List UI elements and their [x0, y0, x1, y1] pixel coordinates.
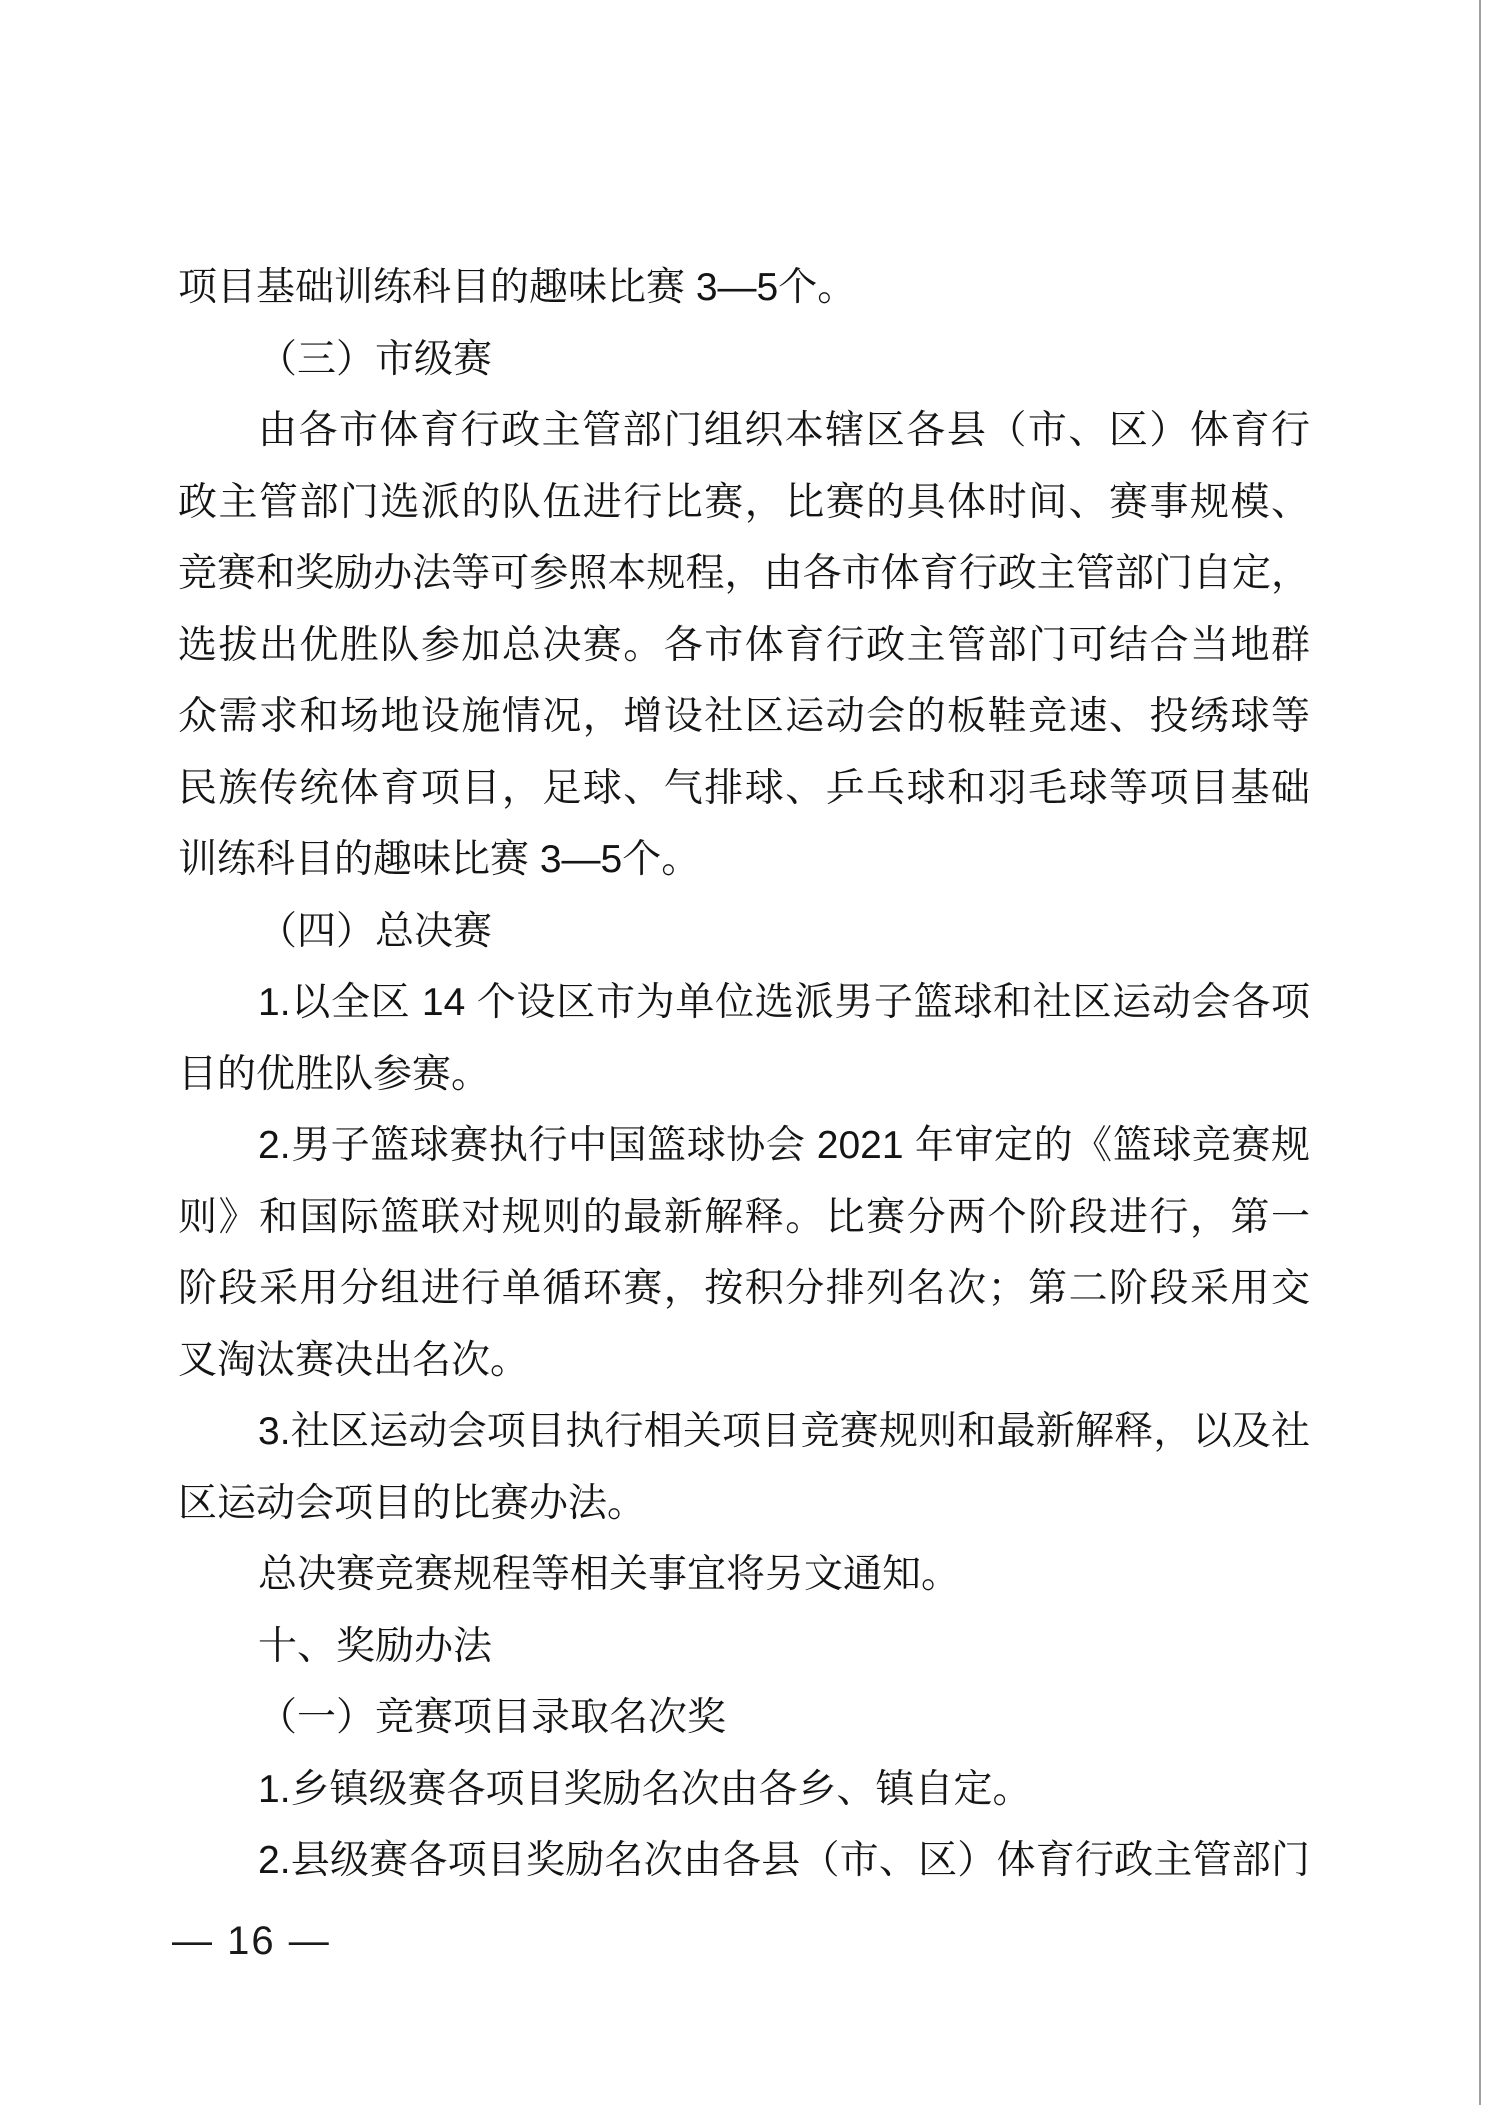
text-line: 则》和国际篮联对规则的最新解释。比赛分两个阶段进行，第一	[178, 1182, 1310, 1254]
subsection-heading: （一）竞赛项目录取名次奖	[178, 1682, 1310, 1754]
text-line: 训练科目的趣味比赛 3—5个。	[178, 824, 1310, 896]
text-line: （三）市级赛	[178, 324, 1310, 396]
text-line: （四）总决赛	[178, 896, 1310, 968]
text-line: 民族传统体育项目，足球、气排球、乒乓球和羽毛球等项目基础	[178, 753, 1310, 825]
page-number: — 16 —	[172, 1912, 331, 1970]
scan-edge-line	[1479, 0, 1481, 2105]
section-heading: 十、奖励办法	[178, 1611, 1310, 1683]
text-line: 政主管部门选派的队伍进行比赛，比赛的具体时间、赛事规模、	[178, 467, 1310, 539]
text-line: 叉淘汰赛决出名次。	[178, 1325, 1310, 1397]
text-line: 2.男子篮球赛执行中国篮球协会 2021 年审定的《篮球竞赛规	[178, 1110, 1310, 1182]
text-line: 选拔出优胜队参加总决赛。各市体育行政主管部门可结合当地群	[178, 610, 1310, 682]
text-line: 1.乡镇级赛各项目奖励名次由各乡、镇自定。	[178, 1754, 1310, 1826]
text-line: 阶段采用分组进行单循环赛，按积分排列名次；第二阶段采用交	[178, 1253, 1310, 1325]
text-line: 目的优胜队参赛。	[178, 1039, 1310, 1111]
page-body: 项目基础训练科目的趣味比赛 3—5个。 （三）市级赛 由各市体育行政主管部门组织…	[178, 252, 1310, 1897]
document-page: 项目基础训练科目的趣味比赛 3—5个。 （三）市级赛 由各市体育行政主管部门组织…	[0, 0, 1488, 2105]
text-line: 众需求和场地设施情况，增设社区运动会的板鞋竞速、投绣球等	[178, 681, 1310, 753]
text-line: 竞赛和奖励办法等可参照本规程，由各市体育行政主管部门自定，	[178, 538, 1310, 610]
text-line: 项目基础训练科目的趣味比赛 3—5个。	[178, 252, 1310, 324]
text-line: 3.社区运动会项目执行相关项目竞赛规则和最新解释，以及社	[178, 1396, 1310, 1468]
text-line: 由各市体育行政主管部门组织本辖区各县（市、区）体育行	[178, 395, 1310, 467]
text-line: 1.以全区 14 个设区市为单位选派男子篮球和社区运动会各项	[178, 967, 1310, 1039]
text-line: 区运动会项目的比赛办法。	[178, 1468, 1310, 1540]
text-line: 总决赛竞赛规程等相关事宜将另文通知。	[178, 1539, 1310, 1611]
text-line: 2.县级赛各项目奖励名次由各县（市、区）体育行政主管部门	[178, 1825, 1310, 1897]
